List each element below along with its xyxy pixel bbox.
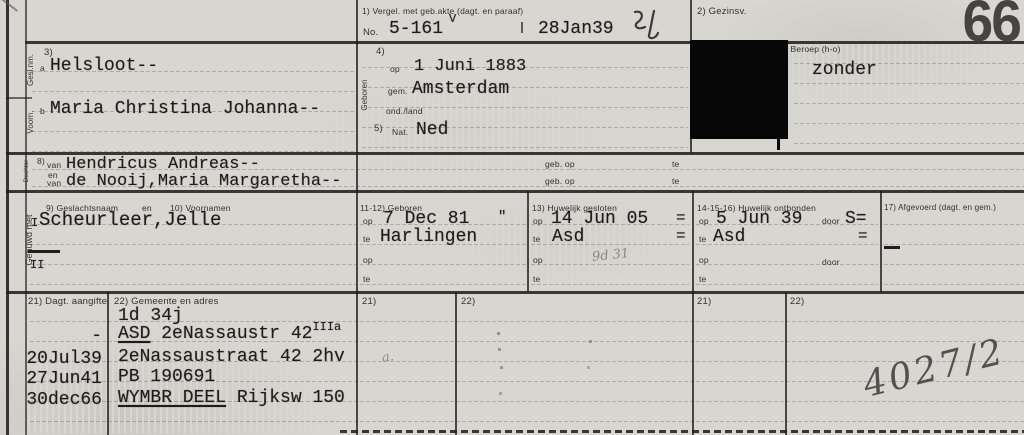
firstnames-sublabel: b xyxy=(40,106,45,116)
floor-superscript: IIIa xyxy=(312,320,341,334)
c14-eq-mark: = xyxy=(858,227,868,245)
c14-door-label: door xyxy=(822,216,840,226)
field8-number: 8) xyxy=(37,156,45,166)
c11-op2-label: op xyxy=(363,255,373,265)
grid-line xyxy=(340,430,1024,433)
mother-van-label: van xyxy=(47,178,61,188)
birth-date-value: 1 Juni 1883 xyxy=(414,57,526,76)
grid-line xyxy=(356,0,358,435)
spacer xyxy=(226,388,237,408)
margin-label-surname: Gesl.nm. xyxy=(26,40,38,100)
divorce-place: Asd xyxy=(713,227,745,247)
ditto-quote-mark: " xyxy=(498,209,506,225)
afgevoerd-dash xyxy=(884,246,900,249)
redaction-box-mark xyxy=(777,139,780,150)
spouse-index-mark-2: II xyxy=(30,258,44,272)
mother-geb-op-label: geb. op xyxy=(545,176,575,186)
c13-te-label: te xyxy=(533,234,541,244)
birth-gem-label: gem. xyxy=(388,86,408,96)
address-text: Rijksw 150 xyxy=(237,388,345,408)
ink-smudge xyxy=(497,332,500,335)
surname-value: Helsloot-- xyxy=(50,56,158,76)
divorce-date: 5 Jun 39 xyxy=(716,209,802,229)
field1-label: 1) Vergel. met geb.akte (dagt. en paraaf… xyxy=(362,6,523,16)
registration-address: 1d 34j xyxy=(118,306,183,326)
margin-label-dochter: Dochter xyxy=(23,148,33,194)
field2-label: 2) Gezinsv. xyxy=(697,6,747,17)
registration-date: - xyxy=(22,326,102,346)
field17-header: 17) Afgevoerd (dagt. en gem.) xyxy=(884,203,996,212)
c11-te2-label: te xyxy=(363,274,371,284)
field5-number: 5) xyxy=(374,123,383,134)
spouse-birth-date: 7 Dec 81 xyxy=(383,209,469,229)
c14-op2-label: op xyxy=(699,255,709,265)
c14-op-label: op xyxy=(699,216,709,226)
pencil-note: 9d 31 xyxy=(591,246,630,265)
handwritten-number: 4027/2 xyxy=(859,331,1009,406)
father-te-label: te xyxy=(672,159,680,169)
handwritten-dash xyxy=(28,250,60,253)
pencil-note: a. xyxy=(381,349,395,366)
col21-header-left: 21) Dagt. aangifte xyxy=(28,296,107,307)
spouse-index-mark: I xyxy=(31,216,38,230)
field1-no-value: 5-161 xyxy=(389,19,443,39)
registration-card: 1) Vergel. met geb.akte (dagt. en paraaf… xyxy=(0,0,1024,435)
field1-date-value: 28Jan39 xyxy=(538,19,614,39)
ruled-lines xyxy=(882,205,1024,291)
ond-land-label: ond./land xyxy=(386,106,423,116)
c11-op-label: op xyxy=(363,216,373,226)
c13-te2-label: te xyxy=(533,274,541,284)
registration-address: WYMBR DEEL Rijksw 150 xyxy=(118,388,345,408)
municipality: WYMBR DEEL xyxy=(118,388,226,408)
mother-te-label: te xyxy=(672,176,680,186)
grid-line xyxy=(785,292,787,435)
address-text: 1d 34j xyxy=(118,306,183,326)
field1-no-superscript: V xyxy=(449,12,456,26)
grid-line xyxy=(25,41,1024,44)
father-geb-op-label: geb. op xyxy=(545,159,575,169)
municipality: ASD xyxy=(118,324,150,344)
birth-place-value: Amsterdam xyxy=(412,79,509,99)
grid-line xyxy=(880,191,882,292)
grid-line xyxy=(6,0,9,435)
birth-op-label: op xyxy=(390,64,400,74)
divorce-door-value: S= xyxy=(845,209,867,229)
c13-eq-mark-2: = xyxy=(676,227,686,245)
paraaf-mark-icon xyxy=(628,8,670,42)
nat-label: Nat. xyxy=(392,127,408,137)
firstnames-value: Maria Christina Johanna-- xyxy=(50,99,320,119)
grid-line xyxy=(527,191,529,292)
c14-te-label: te xyxy=(699,234,707,244)
c14-door2-label: door xyxy=(822,257,840,267)
spouse-birth-place: Harlingen xyxy=(380,227,477,247)
grid-line xyxy=(455,292,457,435)
address-text: 2eNassaustr 42 xyxy=(161,324,312,344)
registration-date: 30dec66 xyxy=(22,390,102,410)
registration-address: 2eNassaustraat 42 2hv xyxy=(118,347,345,367)
surname-sublabel: a xyxy=(40,63,45,73)
marriage-place: Asd xyxy=(552,227,584,247)
grid-line xyxy=(107,292,109,435)
c13-eq-mark-1: = xyxy=(676,209,686,227)
nationality-value: Ned xyxy=(416,120,448,140)
col22-header-mid: 22) xyxy=(461,296,475,307)
grid-line xyxy=(692,191,694,435)
col22-header-right: 22) xyxy=(790,296,804,307)
c14-te2-label: te xyxy=(699,274,707,284)
separator-tick xyxy=(521,22,523,33)
registration-date: 20Jul39 xyxy=(22,349,102,369)
c13-op-label: op xyxy=(533,216,543,226)
redaction-box xyxy=(690,40,788,139)
col21-header-mid: 21) xyxy=(362,296,376,307)
registration-address: PB 190691 xyxy=(118,367,215,387)
registration-date: 27Jun41 xyxy=(22,369,102,389)
beroep-label: 7) Beroep (h-o) xyxy=(780,44,841,54)
field1-no-label: No. xyxy=(363,27,378,38)
c13-op2-label: op xyxy=(533,255,543,265)
page-number: 66 xyxy=(963,0,1020,55)
grid-line xyxy=(6,291,1024,294)
margin-label-firstname: Voorn. xyxy=(26,92,38,152)
margin-label-geboren: Geboren xyxy=(360,65,372,125)
spacer xyxy=(150,324,161,344)
field4-number: 4) xyxy=(376,46,385,57)
col21-header-right: 21) xyxy=(697,296,711,307)
spouse-name-value: Scheurleer,Jelle xyxy=(39,209,221,231)
marriage-date: 14 Jun 05 xyxy=(551,209,648,229)
c11-te-label: te xyxy=(363,234,371,244)
father-van-label: van xyxy=(47,160,61,170)
beroep-value: zonder xyxy=(812,60,877,80)
mother-name-value: de Nooij,Maria Margaretha-- xyxy=(66,172,341,191)
registration-address: ASD 2eNassaustr 42IIIa xyxy=(118,324,341,344)
